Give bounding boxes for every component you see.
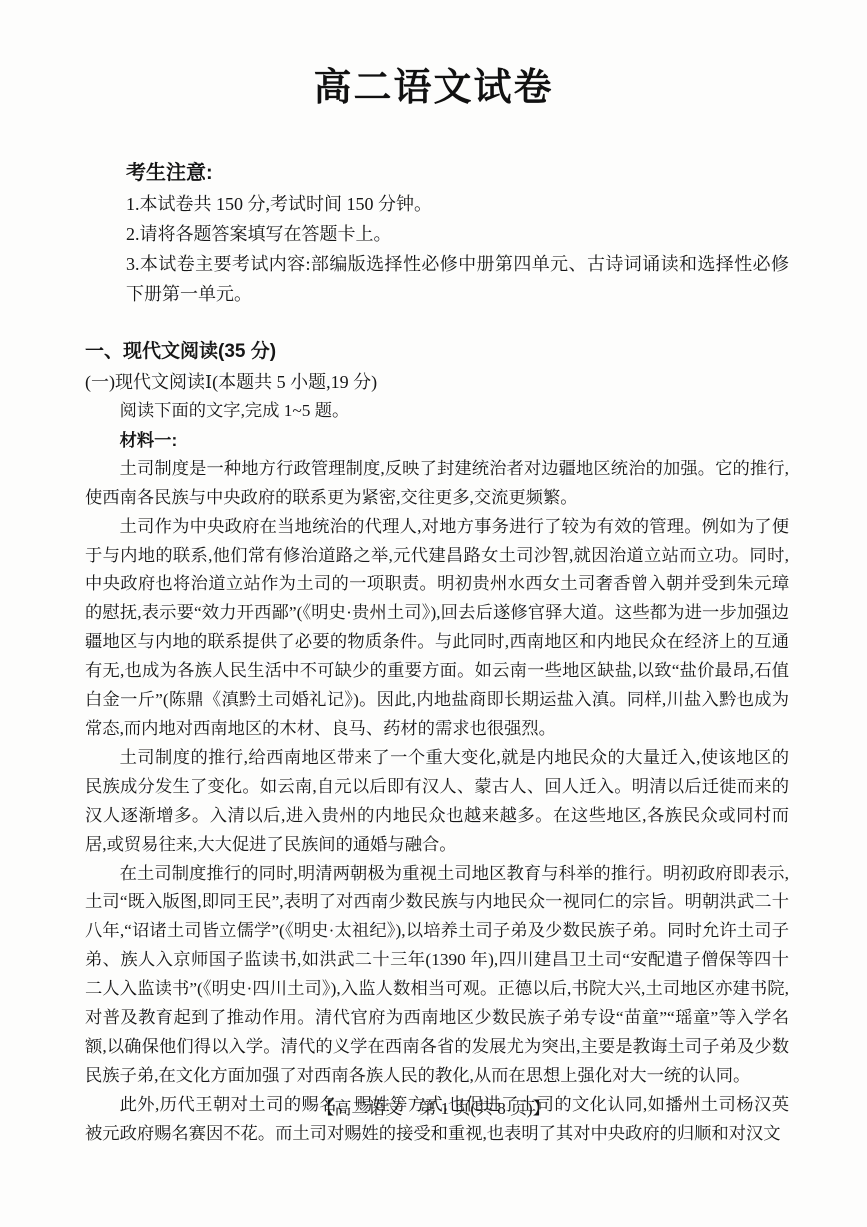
- subsection-heading: (一)现代文阅读Ⅰ(本题共 5 小题,19 分): [85, 367, 789, 397]
- material-paragraph-1: 土司制度是一种地方行政管理制度,反映了封建统治者对边疆地区统治的加强。它的推行,…: [85, 455, 789, 513]
- notice-item-1: 1.本试卷共 150 分,考试时间 150 分钟。: [126, 189, 789, 219]
- reading-section: 一、现代文阅读(35 分) (一)现代文阅读Ⅰ(本题共 5 小题,19 分) 阅…: [85, 337, 789, 1149]
- exam-paper-page: 高二语文试卷 考生注意: 1.本试卷共 150 分,考试时间 150 分钟。 2…: [0, 0, 867, 1227]
- page-footer: 【高二语文 第 1 页(共 8 页)】: [0, 1094, 867, 1119]
- examinee-notice-section: 考生注意: 1.本试卷共 150 分,考试时间 150 分钟。 2.请将各题答案…: [126, 157, 789, 309]
- reading-instruction: 阅读下面的文字,完成 1~5 题。: [85, 397, 789, 426]
- notice-heading: 考生注意:: [126, 157, 789, 189]
- material-paragraph-2: 土司作为中央政府在当地统治的代理人,对地方事务进行了较为有效的管理。例如为了便于…: [85, 513, 789, 744]
- section-heading: 一、现代文阅读(35 分): [85, 337, 789, 367]
- notice-item-2: 2.请将各题答案填写在答题卡上。: [126, 219, 789, 249]
- material-paragraph-4: 在土司制度推行的同时,明清两朝极为重视土司地区教育与科举的推行。明初政府即表示,…: [85, 860, 789, 1091]
- material-paragraph-3: 土司制度的推行,给西南地区带来了一个重大变化,就是内地民众的大量迁入,使该地区的…: [85, 744, 789, 860]
- material-one-label: 材料一:: [85, 426, 789, 455]
- paper-title: 高二语文试卷: [0, 0, 867, 111]
- notice-item-3: 3.本试卷主要考试内容:部编版选择性必修中册第四单元、古诗词诵读和选择性必修下册…: [126, 249, 789, 309]
